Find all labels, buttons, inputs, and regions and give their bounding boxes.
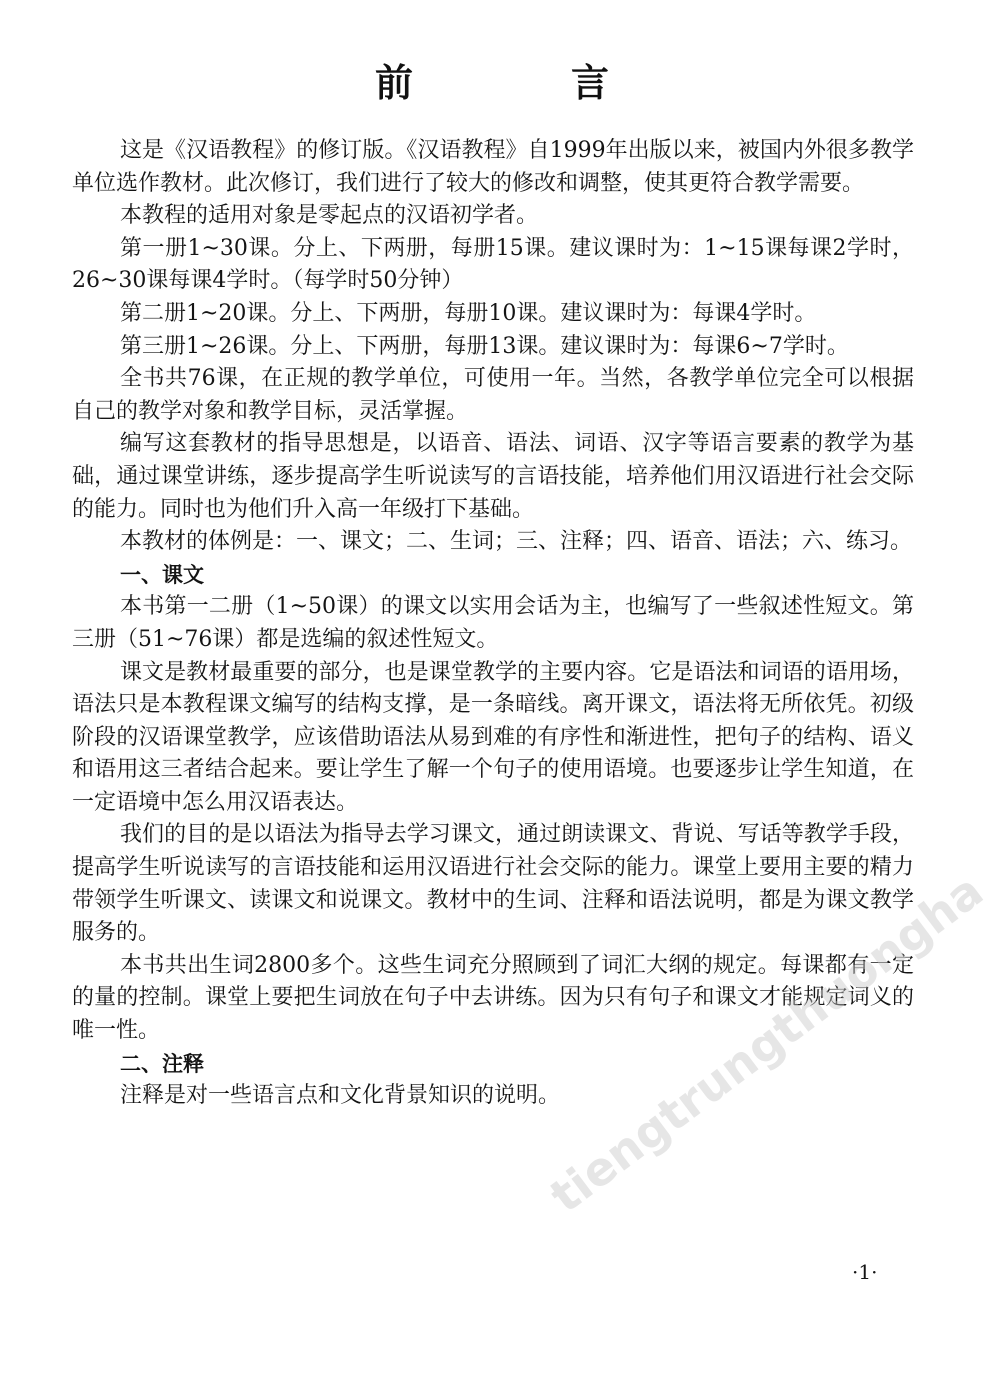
paragraph: 编写这套教材的指导思想是，以语音、语法、词语、汉字等语言要素的教学为基础，通过课… <box>72 428 914 526</box>
paragraph: 本教程的适用对象是零起点的汉语初学者。 <box>72 200 914 233</box>
paragraph: 这是《汉语教程》的修订版。《汉语教程》自1999年出版以来，被国内外很多教学单位… <box>72 135 914 200</box>
paragraph: 注释是对一些语言点和文化背景知识的说明。 <box>72 1080 914 1113</box>
paragraph: 第三册1~26课。分上、下两册，每册13课。建议课时为：每课6~7学时。 <box>72 331 914 364</box>
paragraph: 第一册1~30课。分上、下两册，每册15课。建议课时为：1~15课每课2学时，2… <box>72 233 914 298</box>
section-heading-texts: 一、课文 <box>72 559 914 592</box>
document-body: 这是《汉语教程》的修订版。《汉语教程》自1999年出版以来，被国内外很多教学单位… <box>72 135 914 1113</box>
paragraph: 本教材的体例是：一、课文；二、生词；三、注释；四、语音、语法；六、练习。 <box>72 526 914 559</box>
paragraph: 我们的目的是以语法为指导去学习课文，通过朗读课文、背说、写话等教学手段，提高学生… <box>72 819 914 949</box>
paragraph: 第二册1~20课。分上、下两册，每册10课。建议课时为：每课4学时。 <box>72 298 914 331</box>
paragraph: 本书共出生词2800多个。这些生词充分照顾到了词汇大纲的规定。每课都有一定的量的… <box>72 950 914 1048</box>
page-title: 前 言 <box>0 52 984 107</box>
paragraph: 课文是教材最重要的部分，也是课堂教学的主要内容。它是语法和词语的语用场，语法只是… <box>72 657 914 820</box>
paragraph: 本书第一二册（1~50课）的课文以实用会话为主，也编写了一些叙述性短文。第三册（… <box>72 591 914 656</box>
paragraph: 全书共76课，在正规的教学单位，可使用一年。当然，各教学单位完全可以根据自己的教… <box>72 363 914 428</box>
page-number: ·1· <box>852 1260 877 1284</box>
document-page: 前 言 这是《汉语教程》的修订版。《汉语教程》自1999年出版以来，被国内外很多… <box>0 0 984 1393</box>
section-heading-notes: 二、注释 <box>72 1048 914 1081</box>
